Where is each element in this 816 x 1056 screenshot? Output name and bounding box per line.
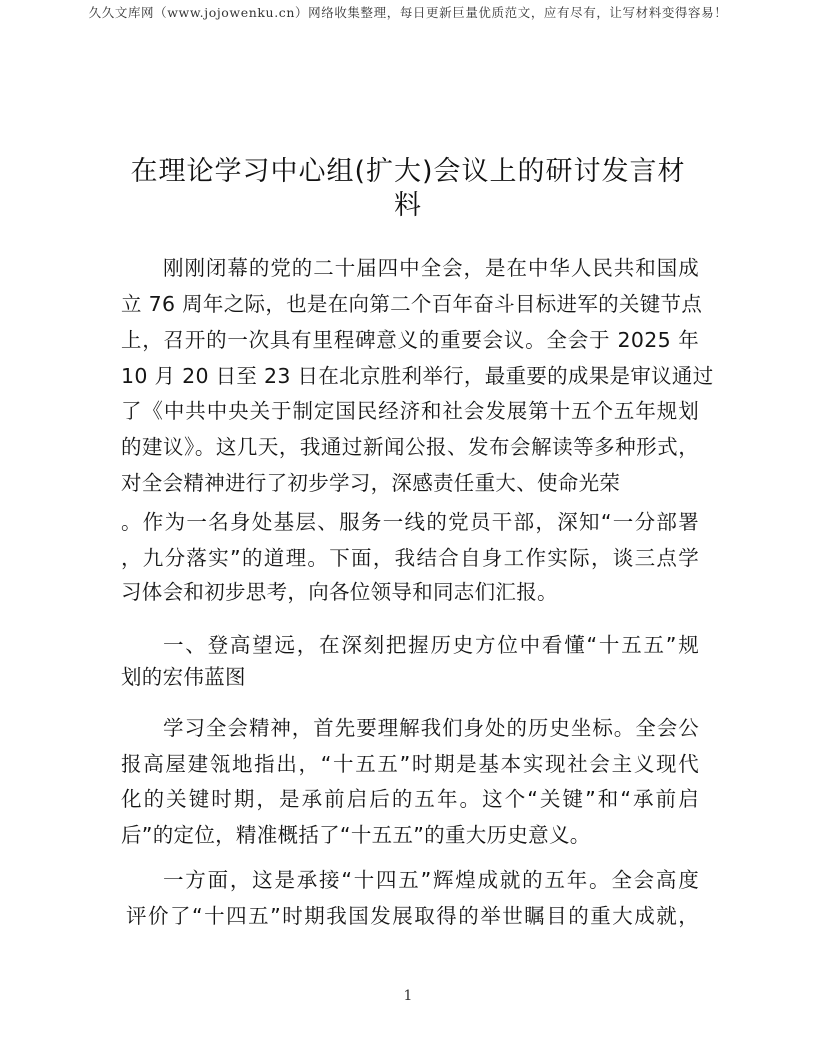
paragraph-2-line-3: 习体会和初步思考，向各位领导和同志们汇报。 — [121, 579, 699, 605]
paragraph-2-line-1: 。作为一名身处基层、服务一线的党员干部，深知“一分部署 — [121, 509, 699, 535]
title-line-1: 在理论学习中心组(扩大)会议上的研讨发言材 — [110, 155, 706, 189]
paragraph-4-line-3: 化的关键时期，是承前启后的五年。这个“关键”和“承前启 — [121, 786, 699, 812]
section-heading-1-line-2: 划的宏伟蓝图 — [121, 664, 699, 690]
paragraph-4-line-1: 学习全会精神，首先要理解我们身处的历史坐标。全会公 — [121, 715, 699, 741]
paragraph-1-line-5: 了《中共中央关于制定国民经济和社会发展第十五个五年规划 — [121, 398, 699, 424]
paragraph-5-line-2: 评价了“十四五”时期我国发展取得的举世瞩目的重大成就， — [126, 903, 699, 929]
paragraph-1-line-4: 10 月 20 日至 23 日在北京胜利举行，最重要的成果是审议通过 — [121, 363, 699, 389]
paragraph-1-line-2: 立 76 周年之际，也是在向第二个百年奋斗目标进军的关键节点 — [121, 291, 699, 317]
paragraph-1-line-3: 上，召开的一次具有里程碑意义的重要会议。全会于 2025 年 — [121, 327, 699, 353]
paragraph-1-line-7: 对全会精神进行了初步学习，深感责任重大、使命光荣 — [121, 470, 699, 496]
paragraph-5-line-1: 一方面，这是承接“十四五”辉煌成就的五年。全会高度 — [121, 867, 699, 893]
title-line-2: 料 — [110, 189, 706, 223]
paragraph-1-line-1: 刚刚闭幕的党的二十届四中全会，是在中华人民共和国成 — [121, 255, 699, 281]
site-banner-header: 久久文库网（www.jojowenku.cn）网络收集整理，每日更新巨量优质范文… — [0, 3, 816, 21]
page-number: 1 — [0, 988, 816, 1004]
section-heading-1-line-1: 一、登高望远，在深刻把握历史方位中看懂“十五五”规 — [121, 632, 699, 658]
paragraph-4-line-4: 后”的定位，精准概括了“十五五”的重大历史意义。 — [121, 822, 699, 848]
paragraph-4-line-2: 报高屋建瓴地指出，“十五五”时期是基本实现社会主义现代 — [121, 751, 699, 777]
document-title: 在理论学习中心组(扩大)会议上的研讨发言材 料 — [110, 155, 706, 223]
paragraph-2-line-2: ，九分落实”的道理。下面，我结合自身工作实际，谈三点学 — [121, 545, 699, 571]
paragraph-1-line-6: 的建议》。这几天，我通过新闻公报、发布会解读等多种形式， — [121, 434, 699, 460]
